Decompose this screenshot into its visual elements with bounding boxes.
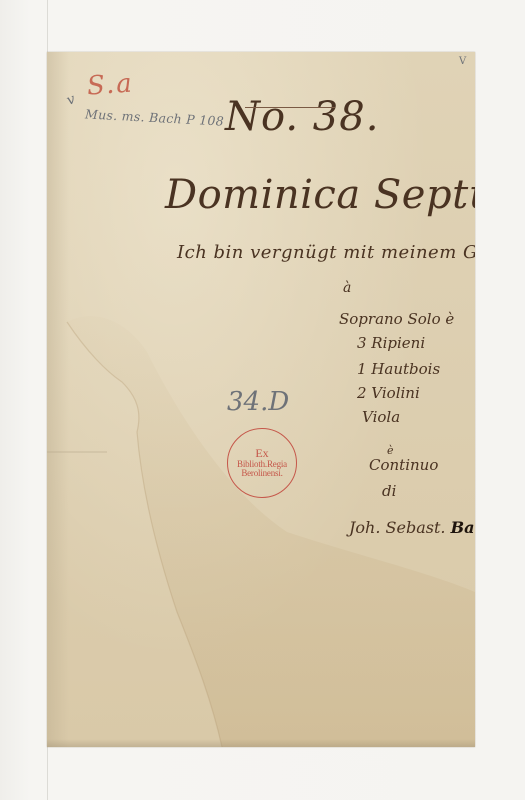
incipit: Ich bin vergnügt mit meinem Glücke: [177, 242, 475, 263]
scoring-line: 1 Hautbois: [357, 360, 440, 378]
a-marker: à: [343, 280, 351, 296]
composer-signature: Joh. Sebast. Bach: [349, 518, 475, 537]
library-stamp: Ex Biblioth.Regia Berolinensi.: [227, 428, 297, 498]
page-bottom-edge: [47, 739, 475, 747]
scoring-line: Soprano Solo è: [339, 310, 454, 328]
scoring-line: di: [382, 482, 396, 500]
manuscript-page: S.a v Mus. ms. Bach P 108 V No. 38. Domi…: [47, 52, 475, 747]
title: Dominica Septuages.: [165, 172, 475, 218]
scoring-line: Viola: [362, 408, 400, 426]
stamp-line: Ex: [255, 447, 268, 460]
stamp-line: Berolinensi.: [241, 469, 282, 478]
scoring-line: 3 Ripieni: [357, 334, 425, 352]
composer-prefix: Joh. Sebast.: [349, 518, 445, 537]
binding-margin: [47, 52, 69, 747]
scoring-line: Continuo: [369, 456, 438, 474]
red-pencil-annotation: S.a: [86, 68, 135, 101]
pencil-number: 34.D: [227, 387, 289, 417]
scoring-line: 2 Violini: [357, 384, 420, 402]
folio-number: V: [459, 56, 466, 67]
work-number: No. 38.: [225, 94, 379, 140]
composer-surname: Bach: [451, 518, 475, 537]
number-underline: [245, 107, 335, 108]
